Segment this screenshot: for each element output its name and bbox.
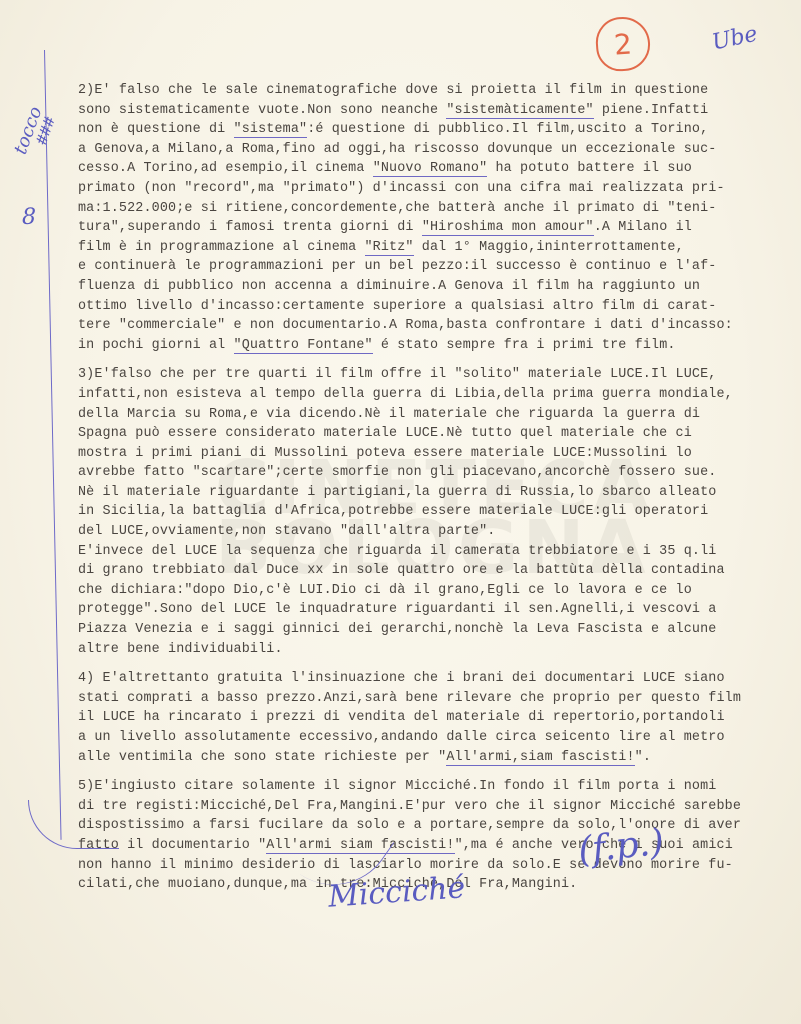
- handwritten-initials: Ube: [710, 22, 760, 56]
- text-line: cesso.A Torino,ad esempio,il cinema "Nuo…: [78, 159, 778, 179]
- text-line: infatti,non esisteva al tempo della guer…: [78, 385, 778, 405]
- text-line: in Sicilia,la battaglia d'Africa,potrebb…: [78, 502, 778, 522]
- text-line: ottimo livello d'incasso:certamente supe…: [78, 297, 778, 317]
- text-line: alle ventimila che sono state richieste …: [78, 748, 778, 768]
- text-line: ma:1.522.000;e si ritiene,concordemente,…: [78, 199, 778, 219]
- text-line: Piazza Venezia e i saggi ginnici dei ger…: [78, 620, 778, 640]
- text-line: fluenza di pubblico non accenna a diminu…: [78, 277, 778, 297]
- paragraph-3: 3)E'falso che per tre quarti il film off…: [78, 365, 778, 659]
- text-line: a un livello assolutamente eccessivo,and…: [78, 728, 778, 748]
- text-line: mostra i primi piani di Mussolini poteva…: [78, 444, 778, 464]
- text-line: Nè il materiale riguardante i partigiani…: [78, 483, 778, 503]
- text-line: che dichiara:"dopo Dio,c'è LUI.Dio ci dà…: [78, 581, 778, 601]
- page-number: 2: [613, 27, 633, 61]
- text-line: film è in programmazione al cinema "Ritz…: [78, 238, 778, 258]
- text-line: altre bene individuabili.: [78, 640, 778, 660]
- text-line: dispostissimo a farsi fucilare da solo e…: [78, 816, 778, 836]
- text-line: avrebbe fatto "scartare";certe smorfie n…: [78, 463, 778, 483]
- page-number-circle: 2: [594, 15, 652, 73]
- text-line: tere "commerciale" e non documentario.A …: [78, 316, 778, 336]
- text-line: protegge".Sono del LUCE le inquadrature …: [78, 600, 778, 620]
- text-line: primato (non "record",ma "primato") d'in…: [78, 179, 778, 199]
- text-line: 3)E'falso che per tre quarti il film off…: [78, 365, 778, 385]
- paragraph-2: 2)E' falso che le sale cinematografiche …: [78, 81, 778, 355]
- text-line: del LUCE,ovviamente,non stavano "dall'al…: [78, 522, 778, 542]
- text-line: a Genova,a Milano,a Roma,fino ad oggi,ha…: [78, 140, 778, 160]
- text-line: E'invece del LUCE la sequenza che riguar…: [78, 542, 778, 562]
- margin-bracket-line: [44, 50, 62, 840]
- text-line: tura",superando i famosi trenta giorni d…: [78, 218, 778, 238]
- text-line: Spagna può essere considerato materiale …: [78, 424, 778, 444]
- text-line: di tre registi:Micciché,Del Fra,Mangini.…: [78, 797, 778, 817]
- text-line: 5)E'ingiusto citare solamente il signor …: [78, 777, 778, 797]
- text-line: stati comprati a basso prezzo.Anzi,sarà …: [78, 689, 778, 709]
- text-line: di grano trebbiato dal Duce xx in sole q…: [78, 561, 778, 581]
- text-line: in pochi giorni al "Quattro Fontane" é s…: [78, 336, 778, 356]
- text-line: il LUCE ha rincarato i prezzi di vendita…: [78, 708, 778, 728]
- paragraph-4: 4) E'altrettanto gratuita l'insinuazione…: [78, 669, 778, 767]
- text-line: 4) E'altrettanto gratuita l'insinuazione…: [78, 669, 778, 689]
- typewritten-body: 2)E' falso che le sale cinematografiche …: [78, 81, 778, 905]
- text-line: sono sistematicamente vuote.Non sono nea…: [78, 101, 778, 121]
- text-line: fatto il documentario "All'armi siam fas…: [78, 836, 778, 856]
- text-line: della Marcia su Roma,e via dicendo.Nè il…: [78, 405, 778, 425]
- text-line: e continuerà le programmazioni per un be…: [78, 257, 778, 277]
- text-line: non è questione di "sistema":é questione…: [78, 120, 778, 140]
- margin-note-number: 8: [22, 205, 36, 230]
- text-line: 2)E' falso che le sale cinematografiche …: [78, 81, 778, 101]
- document-page: CINETECA BOLOGNA 2 Ube ### tocco 8 2)E' …: [0, 0, 801, 1024]
